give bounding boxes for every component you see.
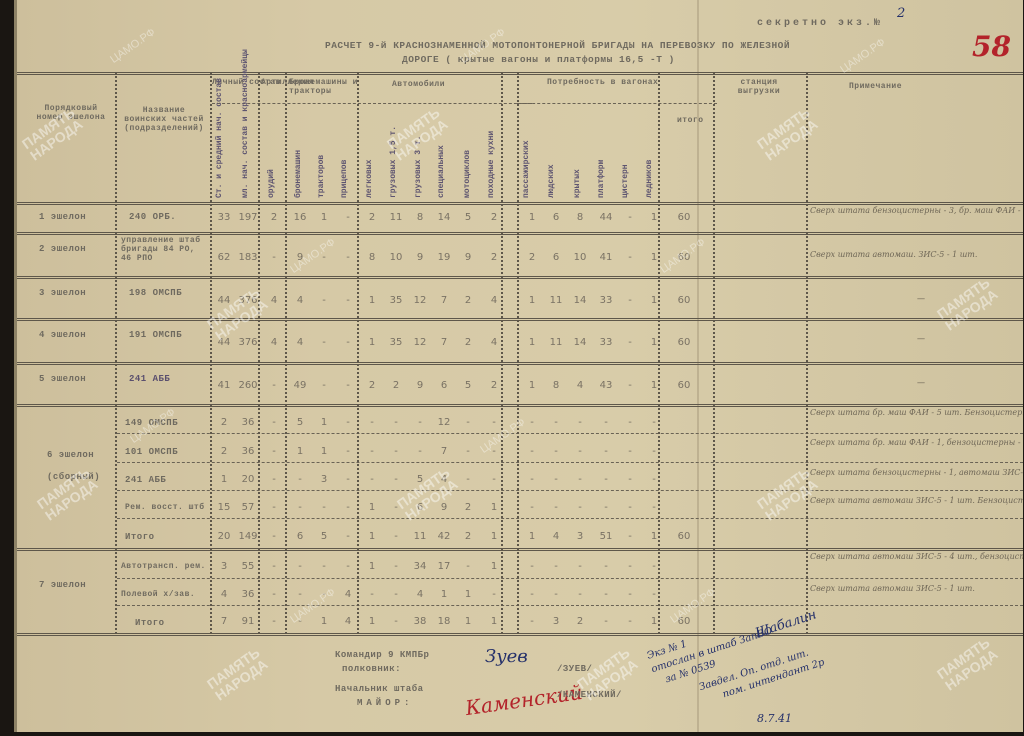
table-cell: -	[337, 252, 359, 263]
echelon-label: 3 эшелон	[39, 288, 86, 298]
table-cell: 1	[213, 474, 235, 485]
table-cell: 10	[385, 252, 407, 263]
table-cell: -	[313, 295, 335, 306]
table-cell: 2	[483, 252, 505, 263]
table-cell: 2	[483, 212, 505, 223]
table-cell: 2	[483, 380, 505, 391]
sheet-number: 58	[972, 30, 1011, 63]
table-cell: 36	[237, 589, 259, 600]
table-cell: 4	[409, 589, 431, 600]
remark: Сверх штата бр. маш ФАИ - 1, бензоцистер…	[810, 438, 1023, 447]
table-cell: 41	[213, 380, 235, 391]
header-field-kitchens: походные кухни	[487, 102, 496, 198]
table-cell: 33	[213, 212, 235, 223]
rule-row1	[17, 232, 1023, 235]
table-cell: 1	[313, 212, 335, 223]
table-cell: -	[313, 337, 335, 348]
unit-name: 101 ОМСПБ	[125, 447, 178, 457]
table-cell: 1	[313, 616, 335, 627]
table-cell: -	[483, 446, 505, 457]
table-cell: 6	[545, 252, 567, 263]
paper-fold	[697, 0, 699, 732]
header-ranks: мл. нач. состав и красноармейцы	[241, 106, 250, 198]
table-cell: 1	[643, 616, 665, 627]
table-cell: 4	[337, 616, 359, 627]
table-cell: 11	[545, 295, 567, 306]
table-cell: -	[521, 589, 543, 600]
header-echelon-no: Порядковый номер эшелона	[31, 104, 111, 122]
table-cell: 44	[213, 337, 235, 348]
table-cell: -	[619, 502, 641, 513]
echelon-label: 7 эшелон	[39, 580, 86, 590]
header-motorcycles: мотоциклов	[463, 116, 472, 198]
table-cell: 3	[213, 561, 235, 572]
watermark-pamyat: ПАМЯТЬНАРОДА	[204, 645, 270, 703]
table-cell: 12	[433, 417, 455, 428]
table-cell: 49	[289, 380, 311, 391]
table-cell: 7	[213, 616, 235, 627]
table-cell: 376	[237, 295, 259, 306]
col-sep	[285, 72, 287, 634]
remark: Сверх штата бензоцистерны - 1, автомаш З…	[810, 468, 1023, 477]
table-cell: 1	[313, 446, 335, 457]
col-sep	[517, 72, 519, 634]
header-armored-cars: бронемашин	[294, 116, 303, 198]
table-cell: 1	[361, 502, 383, 513]
table-cell: -	[385, 589, 407, 600]
table-cell: 20	[213, 531, 235, 542]
watermark-pamyat: ПАМЯТЬНАРОДА	[204, 285, 270, 343]
table-cell: -	[619, 417, 641, 428]
table-cell: -	[337, 446, 359, 457]
table-cell: 5	[289, 417, 311, 428]
table-cell: 60	[673, 616, 695, 627]
echelon-label: 2 эшелон	[39, 244, 86, 254]
table-cell: 17	[433, 561, 455, 572]
table-cell: 91	[237, 616, 259, 627]
table-cell: 197	[237, 212, 259, 223]
table-cell: -	[457, 446, 479, 457]
chief-label-1: Начальник штаба	[335, 684, 424, 694]
table-cell: -	[483, 474, 505, 485]
table-cell: 38	[409, 616, 431, 627]
table-cell: 2	[569, 616, 591, 627]
table-cell: -	[313, 589, 335, 600]
table-cell: -	[643, 502, 665, 513]
table-cell: -	[289, 561, 311, 572]
remark: —	[917, 378, 925, 387]
rule-r7b	[117, 605, 1023, 606]
remark: —	[917, 334, 925, 343]
table-cell: 376	[237, 337, 259, 348]
table-cell: 3	[569, 531, 591, 542]
table-cell: -	[521, 474, 543, 485]
table-cell: -	[619, 561, 641, 572]
table-cell: -	[263, 380, 285, 391]
table-cell: -	[263, 474, 285, 485]
table-cell: 9	[289, 252, 311, 263]
table-cell: -	[595, 446, 617, 457]
table-cell: 4	[289, 337, 311, 348]
table-cell: -	[545, 446, 567, 457]
table-cell: -	[569, 446, 591, 457]
echelon-label: 4 эшелон	[39, 330, 86, 340]
table-cell: 4	[337, 589, 359, 600]
table-cell: 57	[237, 502, 259, 513]
table-cell: 14	[569, 295, 591, 306]
secret-label: секретно экз.№	[757, 18, 883, 29]
table-cell: 60	[673, 212, 695, 223]
col-sep	[658, 72, 660, 634]
table-cell: -	[263, 417, 285, 428]
table-cell: -	[643, 417, 665, 428]
unit-name: 198 ОМСПБ	[129, 288, 182, 298]
table-cell: 1	[361, 337, 383, 348]
table-cell: 149	[237, 531, 259, 542]
table-cell: 60	[673, 252, 695, 263]
header-special: специальных	[437, 116, 446, 198]
table-cell: -	[619, 212, 641, 223]
table-cell: 55	[237, 561, 259, 572]
copy-number: 2	[897, 6, 905, 21]
table-cell: 4	[213, 589, 235, 600]
rule-r7a	[117, 578, 1023, 579]
header-cars: легковых	[365, 126, 374, 198]
table-cell: 1	[361, 561, 383, 572]
commander-name: /ЗУЕВ/	[557, 664, 592, 674]
table-cell: 9	[409, 380, 431, 391]
table-cell: 60	[673, 337, 695, 348]
table-cell: 5	[457, 212, 479, 223]
table-cell: 16	[289, 212, 311, 223]
table-cell: 260	[237, 380, 259, 391]
table-cell: 2	[457, 337, 479, 348]
table-cell: -	[337, 380, 359, 391]
table-cell: 34	[409, 561, 431, 572]
table-cell: 2	[263, 212, 285, 223]
table-cell: 11	[385, 212, 407, 223]
table-cell: -	[263, 446, 285, 457]
header-trucks-15: грузовых 1,5 т.	[389, 106, 398, 198]
table-cell: -	[289, 502, 311, 513]
table-cell: -	[337, 531, 359, 542]
table-cell: 9	[433, 502, 455, 513]
table-cell: -	[545, 474, 567, 485]
table-cell: -	[483, 417, 505, 428]
table-cell: -	[385, 561, 407, 572]
table-cell: -	[595, 417, 617, 428]
rule-row3	[17, 318, 1023, 321]
document-page: секретно экз.№ 2 58 РАСЧЕТ 9-й КРАСНОЗНА…	[14, 0, 1023, 732]
table-cell: -	[619, 446, 641, 457]
rule-top	[17, 72, 1023, 75]
table-cell: -	[619, 295, 641, 306]
table-cell: 1	[483, 616, 505, 627]
table-cell: -	[385, 417, 407, 428]
col-sep	[115, 72, 117, 634]
table-cell: 2	[213, 417, 235, 428]
table-cell: 33	[595, 337, 617, 348]
table-cell: -	[457, 417, 479, 428]
table-cell: 2	[457, 502, 479, 513]
table-cell: 36	[237, 417, 259, 428]
table-cell: 2	[361, 212, 383, 223]
table-cell: 8	[569, 212, 591, 223]
rule-header-bottom	[17, 202, 1023, 205]
rule-r6c	[117, 490, 1023, 491]
rule-row7	[17, 633, 1023, 636]
table-cell: -	[483, 589, 505, 600]
table-cell: 1	[483, 561, 505, 572]
echelon-note: (сборный)	[47, 472, 100, 482]
table-cell: -	[289, 474, 311, 485]
table-cell: 11	[409, 531, 431, 542]
table-cell: -	[361, 589, 383, 600]
table-cell: -	[263, 561, 285, 572]
remark: Сверх штата бензоцистерны - 3, бр. маш Ф…	[810, 206, 1023, 215]
col-sep	[806, 72, 808, 634]
table-cell: 44	[595, 212, 617, 223]
table-cell: 6	[545, 212, 567, 223]
header-remarks: Примечание	[849, 82, 902, 91]
unit-name: Рем. восст. штб	[125, 503, 205, 512]
header-total: итого	[677, 116, 704, 125]
table-cell: 4	[483, 337, 505, 348]
table-cell: 1	[643, 531, 665, 542]
header-passenger: пассажирских	[522, 110, 531, 198]
table-cell: -	[521, 417, 543, 428]
table-cell: 43	[595, 380, 617, 391]
table-cell: 6	[409, 502, 431, 513]
table-cell: -	[263, 531, 285, 542]
header-guns: орудий	[267, 126, 276, 198]
header-units: Название воинских частей (подразделений)	[119, 106, 209, 133]
table-cell: -	[619, 337, 641, 348]
table-cell: -	[595, 502, 617, 513]
table-cell: 41	[595, 252, 617, 263]
table-cell: 2	[361, 380, 383, 391]
table-cell: 7	[433, 295, 455, 306]
table-cell: 8	[545, 380, 567, 391]
rule-r6b	[117, 462, 1023, 463]
col-sep	[210, 72, 212, 634]
table-cell: 4	[263, 337, 285, 348]
table-cell: 2	[457, 295, 479, 306]
table-cell: 1	[521, 212, 543, 223]
table-cell: -	[457, 561, 479, 572]
annotation-signature: Шабалин	[753, 607, 818, 641]
watermark-pamyat: ПАМЯТЬНАРОДА	[754, 105, 820, 163]
table-cell: -	[289, 616, 311, 627]
table-cell: 3	[545, 616, 567, 627]
chief-name: /КАМЕНСКИЙ/	[557, 690, 622, 700]
table-cell: 6	[433, 380, 455, 391]
table-cell: -	[545, 589, 567, 600]
rule-row2	[17, 276, 1023, 279]
table-cell: 1	[483, 502, 505, 513]
table-cell: 1	[457, 589, 479, 600]
table-cell: -	[545, 561, 567, 572]
unit-name: 240 ОРБ.	[129, 212, 176, 222]
table-cell: -	[619, 252, 641, 263]
table-cell: -	[385, 474, 407, 485]
table-cell: -	[337, 474, 359, 485]
table-cell: -	[457, 474, 479, 485]
table-cell: -	[619, 474, 641, 485]
table-cell: 19	[433, 252, 455, 263]
table-cell: 7	[433, 337, 455, 348]
table-cell: 15	[213, 502, 235, 513]
table-cell: -	[595, 561, 617, 572]
header-tanks: цистерн	[621, 120, 630, 198]
table-cell: -	[313, 380, 335, 391]
remark: Сверх штата автомаш ЗИС-5 - 1 шт.	[810, 584, 975, 593]
table-cell: 42	[433, 531, 455, 542]
table-cell: 8	[361, 252, 383, 263]
remark: Сверх штата автомаш. ЗИС-5 - 1 шт.	[810, 250, 977, 259]
remark: Сверх штата автомаш ЗИС-5 - 4 шт., бензо…	[810, 552, 1023, 561]
echelon-label: 6 эшелон	[47, 450, 94, 460]
header-platforms: платформ	[597, 120, 606, 198]
table-cell: -	[569, 474, 591, 485]
table-cell: -	[619, 380, 641, 391]
table-cell: 5	[409, 474, 431, 485]
unit-name: 241 АББ	[125, 475, 166, 485]
col-sep	[357, 72, 359, 634]
table-cell: 35	[385, 295, 407, 306]
table-cell: 1	[643, 337, 665, 348]
table-cell: -	[569, 561, 591, 572]
table-cell: 5	[313, 531, 335, 542]
table-cell: 1	[643, 252, 665, 263]
remark: Сверх штата бр. маш ФАИ - 5 шт. Бензоцис…	[810, 408, 1023, 417]
table-cell: -	[337, 561, 359, 572]
header-trailers: прицепов	[340, 126, 349, 198]
header-wagon-need: Потребность в вагонах	[547, 78, 658, 87]
table-cell: 9	[409, 252, 431, 263]
table-cell: -	[289, 589, 311, 600]
echelon-label: 1 эшелон	[39, 212, 86, 222]
table-cell: -	[337, 417, 359, 428]
table-cell: 62	[213, 252, 235, 263]
rule-row5	[17, 404, 1023, 407]
rule-r6d	[117, 518, 1023, 519]
table-cell: -	[643, 474, 665, 485]
table-cell: -	[521, 446, 543, 457]
commander-label-2: полковник:	[342, 664, 401, 674]
table-cell: 51	[595, 531, 617, 542]
watermark-pamyat: ПАМЯТЬНАРОДА	[934, 275, 1000, 333]
table-cell: -	[313, 502, 335, 513]
col-sep	[258, 72, 260, 634]
table-cell: 3	[313, 474, 335, 485]
rule-row4	[17, 362, 1023, 365]
chief-signature: Каменский	[464, 680, 584, 720]
unit-name: Итого	[125, 532, 155, 542]
rule-row6	[17, 548, 1023, 551]
table-cell: 1	[521, 295, 543, 306]
annotation-date: 8.7.41	[757, 712, 792, 725]
table-cell: -	[385, 502, 407, 513]
table-cell: 4	[433, 474, 455, 485]
watermark-pamyat: ПАМЯТЬНАРОДА	[934, 635, 1000, 693]
table-cell: -	[361, 474, 383, 485]
table-cell: 4	[569, 380, 591, 391]
table-cell: -	[569, 417, 591, 428]
table-cell: -	[643, 589, 665, 600]
table-cell: 10	[569, 252, 591, 263]
table-cell: 18	[433, 616, 455, 627]
unit-name: Автотрансп. рем.	[121, 562, 206, 571]
header-vehicles: Автомобили	[392, 80, 445, 89]
rule-subheader-b	[517, 103, 717, 104]
table-cell: 14	[569, 337, 591, 348]
table-cell: 1	[643, 295, 665, 306]
header-unload-station: станция выгрузки	[719, 78, 799, 96]
table-cell: 12	[409, 337, 431, 348]
table-cell: 1	[361, 531, 383, 542]
table-cell: 1	[457, 616, 479, 627]
table-cell: 20	[237, 474, 259, 485]
table-cell: 1	[643, 212, 665, 223]
table-cell: 1	[313, 417, 335, 428]
table-cell: -	[385, 446, 407, 457]
table-cell: 11	[545, 337, 567, 348]
table-cell: 1	[521, 531, 543, 542]
table-cell: 14	[433, 212, 455, 223]
table-cell: 1	[361, 616, 383, 627]
remark: Сверх штата автомаш ЗИС-5 - 1 шт. Бензоц…	[810, 496, 1023, 505]
table-cell: 2	[521, 252, 543, 263]
table-cell: 1	[521, 380, 543, 391]
table-cell: 8	[409, 212, 431, 223]
echelon-label: 5 эшелон	[39, 374, 86, 384]
table-cell: 5	[457, 380, 479, 391]
table-cell: -	[337, 295, 359, 306]
table-cell: 1	[643, 380, 665, 391]
table-cell: -	[409, 417, 431, 428]
table-cell: -	[545, 417, 567, 428]
table-cell: 1	[289, 446, 311, 457]
table-cell: 60	[673, 531, 695, 542]
table-cell: -	[569, 589, 591, 600]
header-armor: Бронемашины и тракторы	[289, 78, 359, 96]
table-cell: -	[263, 616, 285, 627]
commander-label-1: Командир 9 КМПБр	[335, 650, 429, 660]
table-cell: -	[337, 502, 359, 513]
table-cell: -	[337, 337, 359, 348]
table-cell: -	[595, 474, 617, 485]
table-cell: 12	[409, 295, 431, 306]
table-cell: 7	[433, 446, 455, 457]
table-cell: -	[337, 212, 359, 223]
remark: —	[917, 294, 925, 303]
table-cell: 9	[457, 252, 479, 263]
table-cell: 4	[289, 295, 311, 306]
table-cell: 35	[385, 337, 407, 348]
table-cell: -	[521, 502, 543, 513]
table-cell: 33	[595, 295, 617, 306]
table-cell: -	[643, 446, 665, 457]
table-cell: -	[385, 531, 407, 542]
table-cell: 6	[289, 531, 311, 542]
table-cell: 2	[457, 531, 479, 542]
table-cell: -	[361, 446, 383, 457]
rule-r6a	[117, 433, 1023, 434]
title-line-1: РАСЧЕТ 9-й КРАСНОЗНАМЕННОЙ МОТОПОНТОНЕРН…	[325, 40, 790, 51]
unit-name: Итого	[135, 618, 165, 628]
table-cell: 36	[237, 446, 259, 457]
